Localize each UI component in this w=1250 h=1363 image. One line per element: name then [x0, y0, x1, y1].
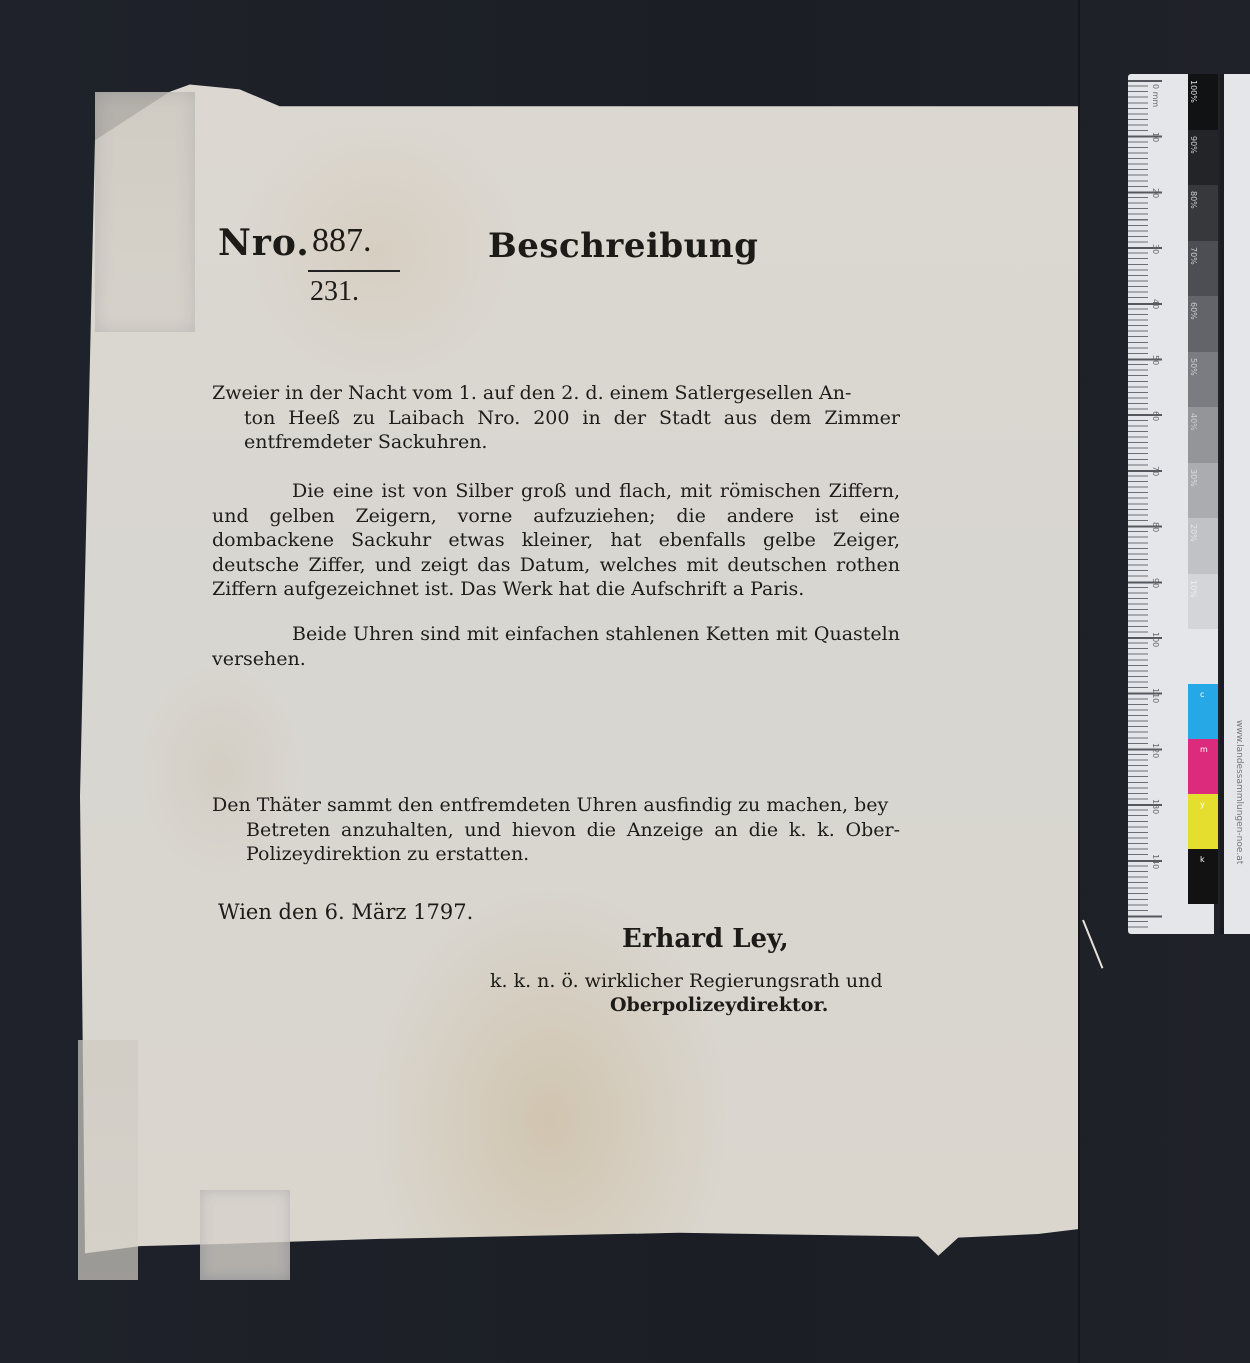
- ruler-tick-label: 130: [1151, 799, 1160, 814]
- paragraph-theft-report: Zweier in der Nacht vom 1. auf den 2. d.…: [212, 381, 900, 455]
- paragraph-watch-description: Die eine ist von Silber groß und flach, …: [212, 479, 900, 602]
- gray-patch-30: 30%: [1188, 463, 1218, 519]
- document-title: Beschreibung: [488, 226, 758, 266]
- date-line: Wien den 6. März 1797.: [218, 900, 473, 924]
- gray-patch-40: 40%: [1188, 407, 1218, 463]
- ruler-tick-label: 50: [1151, 355, 1160, 365]
- backdrop-seam: [1078, 0, 1080, 1363]
- gray-patch-50: 50%: [1188, 352, 1218, 408]
- gray-patch-100: 100%: [1188, 74, 1218, 130]
- ruler-tick-label: 20: [1151, 188, 1160, 198]
- ruler-blank-area: [1188, 629, 1218, 684]
- grayscale-strip: 100% 90% 80% 70% 60% 50% 40% 30% 20% 10%…: [1188, 74, 1218, 904]
- paper-repair-patch-left: [78, 1040, 138, 1280]
- ruler-tick-label: 110: [1151, 688, 1160, 703]
- ruler-tick-label: 30: [1151, 244, 1160, 254]
- gray-patch-90: 90%: [1188, 130, 1218, 186]
- paragraph-chains: Beide Uhren sind mit einfachen stahlenen…: [212, 622, 900, 671]
- gray-patch-70: 70%: [1188, 241, 1218, 297]
- cmyk-patch-magenta: m: [1188, 739, 1218, 794]
- paragraph-instruction: Den Thäter sammt den entfremdeten Uhren …: [212, 793, 900, 867]
- paragraph-text: Die eine ist von Silber groß und flach, …: [212, 480, 900, 600]
- ruler-tick-label: 70: [1151, 466, 1160, 476]
- signature-title-line-2: Oberpolizeydirektor.: [610, 994, 828, 1016]
- paper-repair-patch-top: [95, 92, 195, 332]
- paragraph-first-line: Den Thäter sammt den entfremdeten Uhren …: [212, 794, 888, 816]
- cmyk-patch-yellow: y: [1188, 794, 1218, 849]
- ruler-tick-label: 80: [1151, 522, 1160, 532]
- ruler-unit-label: 0 mm: [1151, 84, 1160, 107]
- paragraph-continuation: Betreten anzuhalten, und hievon die Anze…: [212, 818, 900, 867]
- paper-repair-patch-bottom: [200, 1190, 290, 1280]
- gray-patch-80: 80%: [1188, 185, 1218, 241]
- number-label: Nro.: [218, 222, 310, 264]
- ruler-tick-label: 140: [1151, 854, 1160, 869]
- ruler-tick-label: 60: [1151, 411, 1160, 421]
- ruler-tick-label: 120: [1151, 743, 1160, 758]
- cmyk-patch-cyan: c: [1188, 684, 1218, 739]
- signature-name: Erhard Ley,: [622, 924, 789, 954]
- ruler-tick-label: 10: [1151, 132, 1160, 142]
- document-number: 887.: [312, 222, 372, 260]
- document-sub-number: 231.: [310, 276, 359, 308]
- website-label: www.landessammlungen-noe.at: [1234, 720, 1244, 864]
- gray-patch-60: 60%: [1188, 296, 1218, 352]
- cmyk-patch-black: k: [1188, 849, 1218, 904]
- ruler-tick-label: 90: [1151, 578, 1160, 588]
- ruler-tick-label: 100: [1151, 632, 1160, 647]
- gray-patch-10: 10%: [1188, 574, 1218, 630]
- ruler-tick-label: 40: [1151, 299, 1160, 309]
- paragraph-text: Beide Uhren sind mit einfachen stahlenen…: [212, 623, 900, 670]
- number-underline: [308, 270, 400, 272]
- gray-patch-20: 20%: [1188, 518, 1218, 574]
- paragraph-continuation: ton Heeß zu Laibach Nro. 200 in der Stad…: [212, 406, 900, 455]
- signature-title-line-1: k. k. n. ö. wirklicher Regierungsrath un…: [490, 970, 882, 992]
- paragraph-first-line: Zweier in der Nacht vom 1. auf den 2. d.…: [212, 382, 851, 404]
